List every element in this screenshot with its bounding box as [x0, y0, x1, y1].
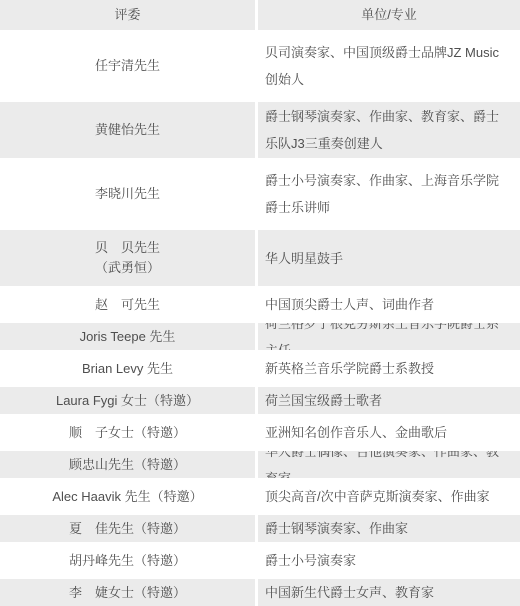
judge-name: Brian Levy 先生 [82, 359, 173, 379]
unit-text: 新英格兰音乐学院爵士系教授 [265, 355, 434, 382]
judge-name: 胡丹峰先生（特邀） [69, 551, 186, 571]
unit-text: 爵士钢琴演奏家、作曲家、教育家、爵士乐队J3三重奏创建人 [265, 103, 510, 157]
unit-text: 中国顶尖爵士人声、词曲作者 [265, 291, 434, 318]
unit-cell: 荷兰格罗宁根克劳斯亲王音乐学院爵士系主任 [258, 323, 520, 350]
unit-cell: 爵士钢琴演奏家、作曲家、教育家、爵士乐队J3三重奏创建人 [258, 102, 520, 158]
unit-text: 荷兰国宝级爵士歌者 [265, 387, 382, 414]
judge-name-cell: 黄健怡先生 [0, 102, 255, 158]
judge-name-cell: 贝 贝先生（武勇恒） [0, 230, 255, 286]
judge-name-cell: Laura Fygi 女士（特邀） [0, 387, 255, 414]
judge-name: 顺 子女士（特邀） [69, 423, 186, 443]
unit-cell: 新英格兰音乐学院爵士系教授 [258, 355, 520, 382]
judge-name-cell: Alec Haavik 先生（特邀） [0, 483, 255, 510]
judges-column-header: 评委 [0, 0, 255, 30]
judge-name: Alec Haavik 先生（特邀） [52, 487, 202, 507]
judge-name-cell: 胡丹峰先生（特邀） [0, 547, 255, 574]
unit-text: 爵士小号演奏家 [265, 547, 356, 574]
judge-name: 李 婕女士（特邀） [69, 583, 186, 603]
unit-column-header: 单位/专业 [258, 0, 520, 30]
judge-name-cell: 李晓川先生 [0, 163, 255, 225]
unit-text: 顶尖高音/次中音萨克斯演奏家、作曲家 [265, 483, 490, 510]
judge-name-cell: 李 婕女士（特邀） [0, 579, 255, 606]
unit-text: 华人爵士偶像、吉他演奏家、作曲家、教育家 [265, 451, 510, 478]
unit-cell: 荷兰国宝级爵士歌者 [258, 387, 520, 414]
unit-text: 爵士钢琴演奏家、作曲家 [265, 515, 408, 542]
judge-name: 黄健怡先生 [95, 120, 160, 140]
unit-cell: 亚洲知名创作音乐人、金曲歌后 [258, 419, 520, 446]
unit-text: 中国新生代爵士女声、教育家 [265, 579, 434, 606]
judge-name: Joris Teepe 先生 [80, 327, 176, 347]
unit-text: 爵士小号演奏家、作曲家、上海音乐学院爵士乐讲师 [265, 167, 510, 221]
judge-name-cell: 顾忠山先生（特邀） [0, 451, 255, 478]
judge-name: 赵 可先生 [95, 295, 160, 315]
judge-name: Laura Fygi 女士（特邀） [56, 391, 199, 411]
judge-name: 贝 贝先生 [95, 238, 160, 258]
judge-name: 任宇清先生 [95, 56, 160, 76]
unit-text: 荷兰格罗宁根克劳斯亲王音乐学院爵士系主任 [265, 323, 510, 350]
unit-cell: 华人明星鼓手 [258, 230, 520, 286]
judge-name-cell: 夏 佳先生（特邀） [0, 515, 255, 542]
unit-cell: 爵士小号演奏家、作曲家、上海音乐学院爵士乐讲师 [258, 163, 520, 225]
unit-cell: 顶尖高音/次中音萨克斯演奏家、作曲家 [258, 483, 520, 510]
unit-cell: 中国顶尖爵士人声、词曲作者 [258, 291, 520, 318]
judge-name-cell: Joris Teepe 先生 [0, 323, 255, 350]
judge-name-cell: Brian Levy 先生 [0, 355, 255, 382]
unit-text: 华人明星鼓手 [265, 245, 343, 272]
unit-text: 亚洲知名创作音乐人、金曲歌后 [265, 419, 447, 446]
judge-name: 李晓川先生 [95, 184, 160, 204]
unit-cell: 中国新生代爵士女声、教育家 [258, 579, 520, 606]
unit-text: 贝司演奏家、中国顶级爵士品牌JZ Music创始人 [265, 39, 510, 93]
unit-cell: 爵士小号演奏家 [258, 547, 520, 574]
judge-name-note: （武勇恒） [95, 258, 160, 278]
unit-cell: 爵士钢琴演奏家、作曲家 [258, 515, 520, 542]
judge-name-cell: 赵 可先生 [0, 291, 255, 318]
judge-name-cell: 任宇清先生 [0, 35, 255, 97]
judges-table: 评委 单位/专业 任宇清先生贝司演奏家、中国顶级爵士品牌JZ Music创始人黄… [0, 0, 520, 606]
judge-name: 顾忠山先生（特邀） [69, 455, 186, 475]
judge-name: 夏 佳先生（特邀） [69, 519, 186, 539]
unit-cell: 华人爵士偶像、吉他演奏家、作曲家、教育家 [258, 451, 520, 478]
judge-name-cell: 顺 子女士（特邀） [0, 419, 255, 446]
unit-cell: 贝司演奏家、中国顶级爵士品牌JZ Music创始人 [258, 35, 520, 97]
page: 评委 单位/专业 任宇清先生贝司演奏家、中国顶级爵士品牌JZ Music创始人黄… [0, 0, 520, 606]
